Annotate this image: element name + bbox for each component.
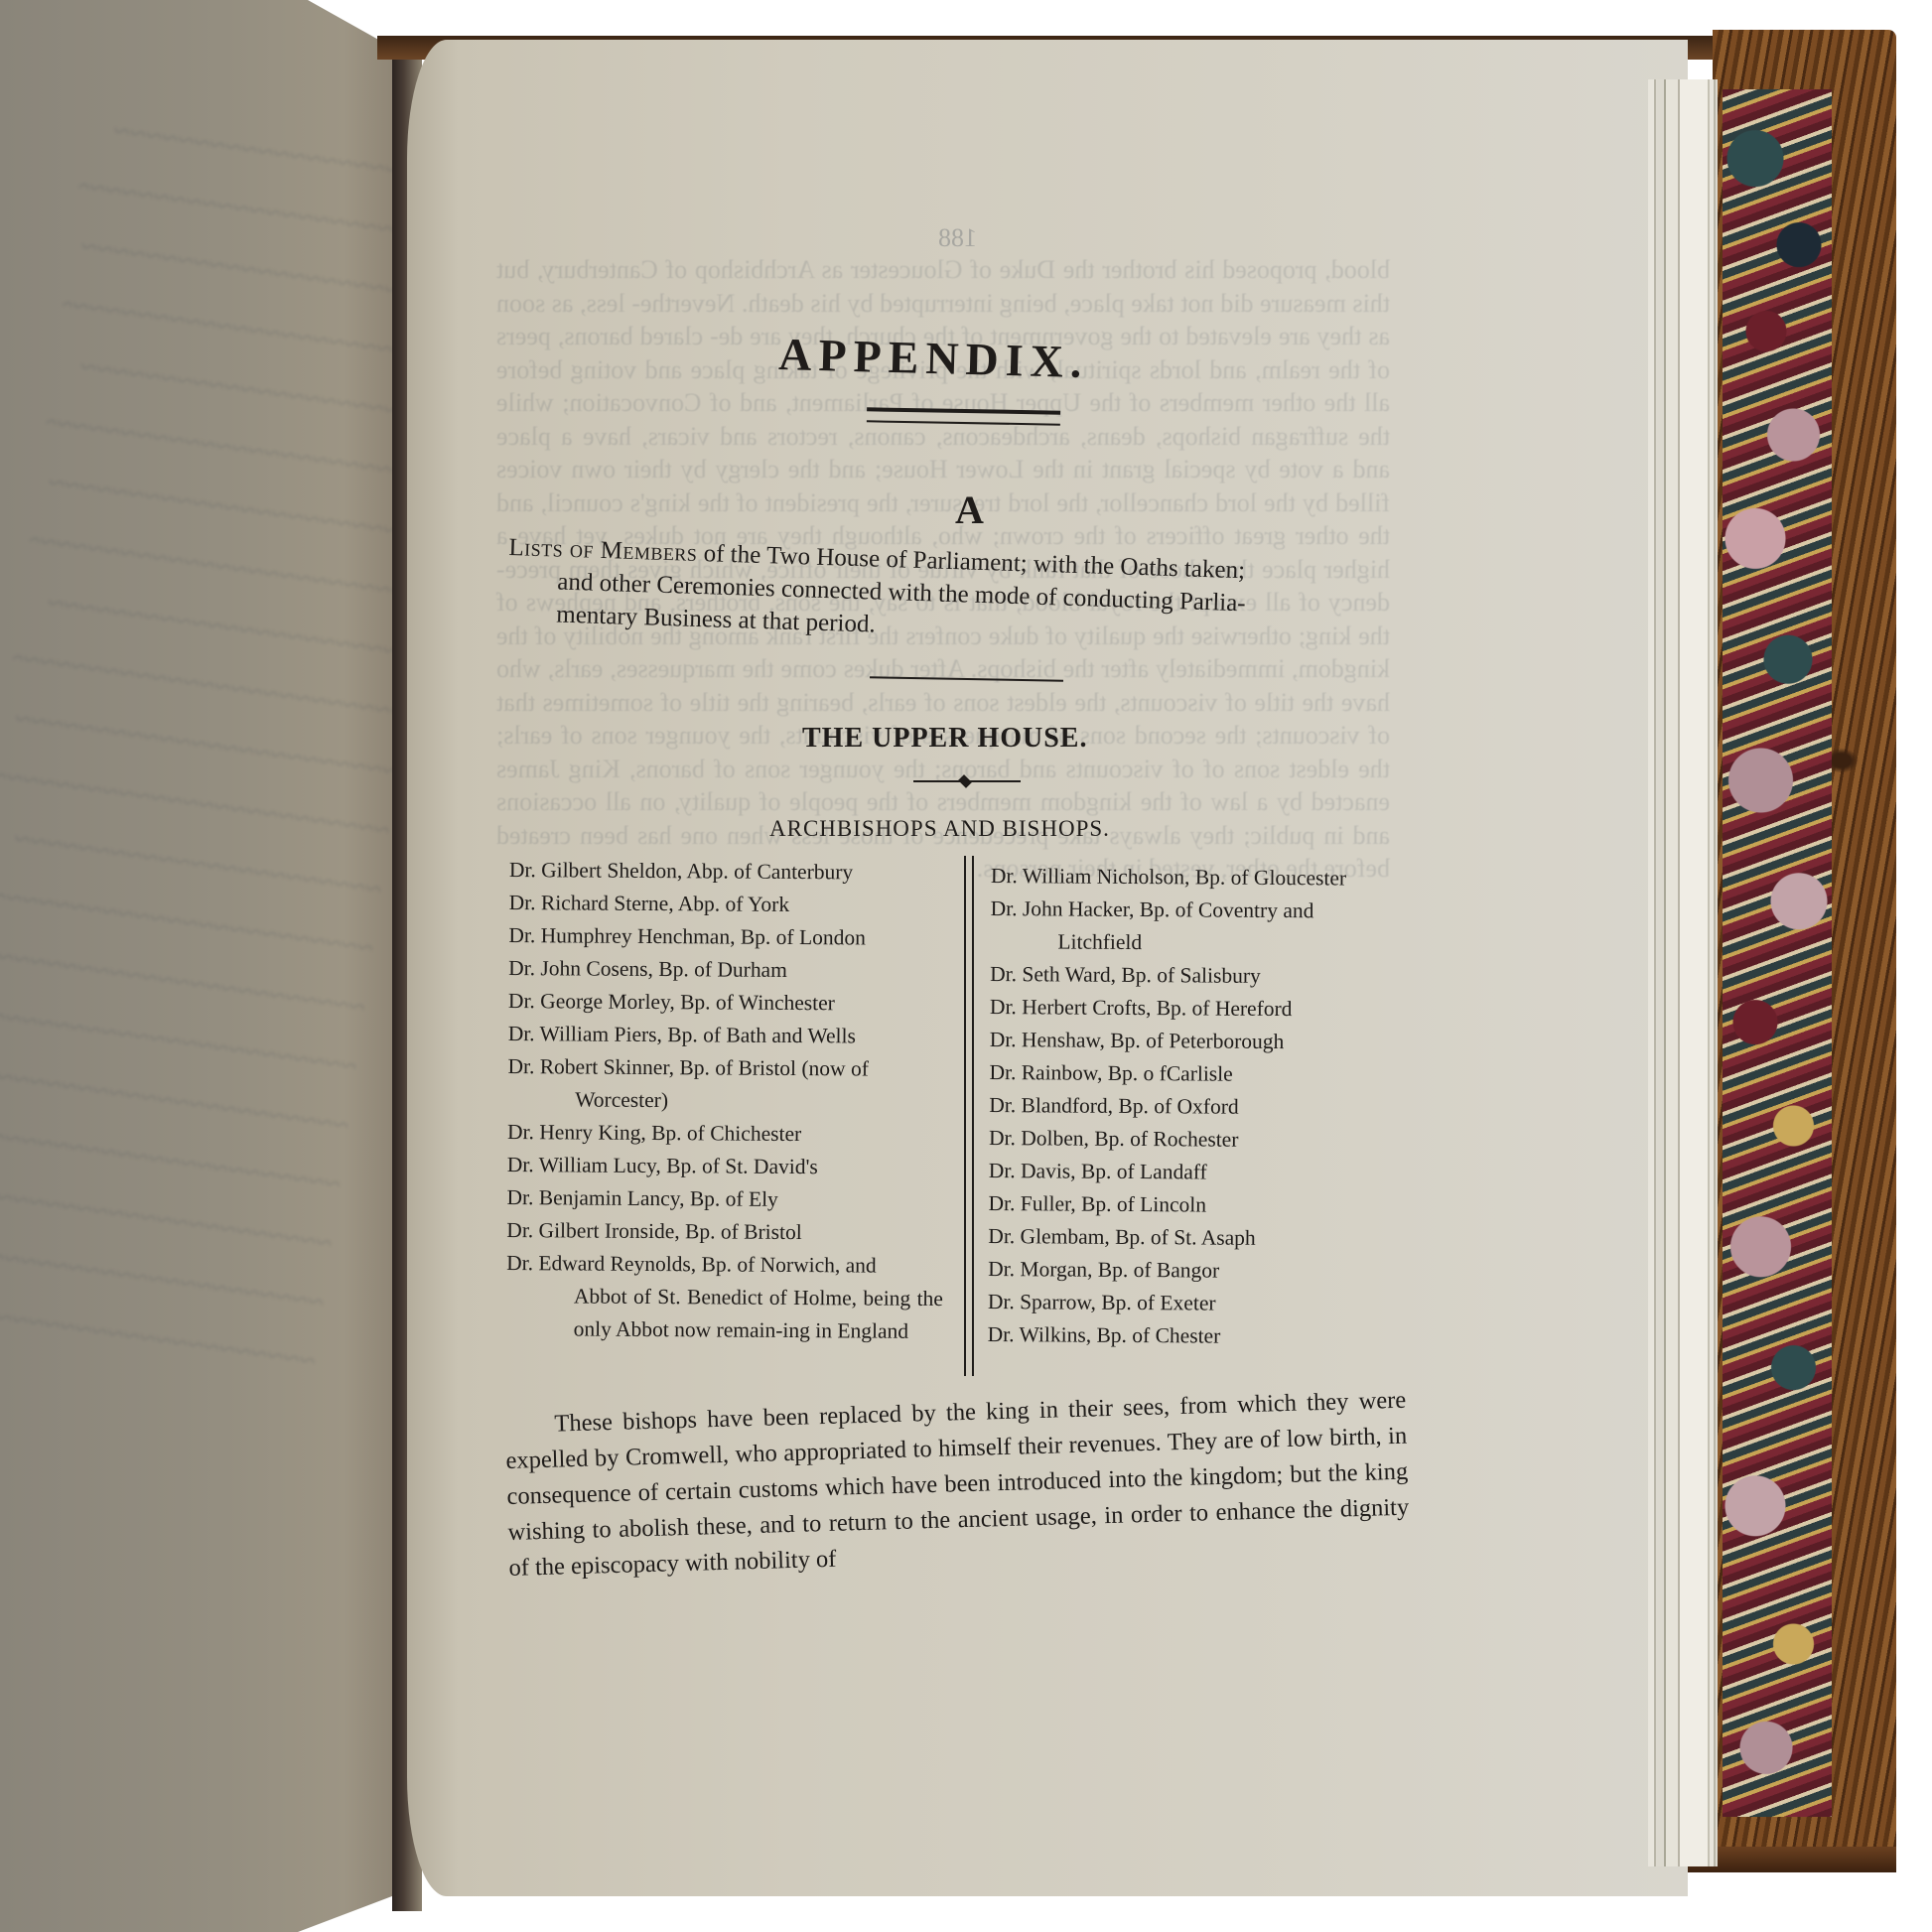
list-item-text: Dr. Edward Reynolds, Bp. of Norwich, and — [506, 1251, 877, 1278]
list-item: Dr. Gilbert Ironside, Bp. of Bristol — [506, 1214, 943, 1250]
list-item-continuation: Litchfield — [990, 925, 1407, 961]
list-item: Dr. Gilbert Sheldon, Abp. of Canterbury — [509, 854, 946, 890]
list-item: Dr. Robert Skinner, Bp. of Bristol (now … — [507, 1050, 944, 1119]
list-item: Dr. Sparrow, Bp. of Exeter — [988, 1286, 1405, 1321]
list-item-text: Dr. Gilbert Sheldon, Abp. of Canterbury — [509, 858, 854, 884]
list-item-text: Dr. Sparrow, Bp. of Exeter — [988, 1290, 1216, 1315]
list-item: Dr. Edward Reynolds, Bp. of Norwich, and… — [506, 1247, 944, 1348]
section-rule — [870, 676, 1063, 681]
list-item: Dr. Richard Sterne, Abp. of York — [509, 887, 946, 922]
archbishops-heading: ARCHBISHOPS AND BISHOPS. — [769, 816, 1110, 842]
list-item: Dr. Dolben, Bp. of Rochester — [989, 1122, 1406, 1158]
list-item-text: Dr. Gilbert Ironside, Bp. of Bristol — [506, 1218, 802, 1244]
list-item-text: Dr. Benjamin Lancy, Bp. of Ely — [507, 1185, 778, 1211]
list-item: Dr. Benjamin Lancy, Bp. of Ely — [506, 1181, 943, 1217]
list-item: Dr. Davis, Bp. of Landaff — [989, 1155, 1406, 1190]
section-letter: A — [955, 486, 984, 533]
list-item: Dr. William Nicholson, Bp. of Gloucester — [991, 860, 1408, 896]
list-item-text: Dr. Herbert Crofts, Bp. of Hereford — [990, 995, 1293, 1021]
list-item: Dr. Herbert Crofts, Bp. of Hereford — [990, 991, 1407, 1027]
list-item-text: Dr. Glembam, Bp. of St. Asaph — [988, 1224, 1256, 1250]
list-item-text: Dr. William Lucy, Bp. of St. David's — [507, 1153, 818, 1178]
body-paragraph: These bishops have been replaced by the … — [504, 1383, 1411, 1587]
list-item: Dr. Seth Ward, Bp. of Salisbury — [990, 958, 1407, 994]
upper-house-heading: THE UPPER HOUSE. — [802, 723, 1087, 755]
list-item: Dr. John Cosens, Bp. of Durham — [508, 952, 945, 988]
caption-smallcaps: Lists of Members — [508, 534, 698, 567]
list-item-text: Dr. Dolben, Bp. of Rochester — [989, 1126, 1239, 1152]
list-item: Dr. Henshaw, Bp. of Peterborough — [990, 1024, 1407, 1059]
list-item: Dr. Glembam, Bp. of St. Asaph — [988, 1220, 1405, 1256]
list-item-continuation: Abbot of St. Benedict of Holme, being th… — [506, 1280, 943, 1348]
printed-page-content: APPENDIX. A Lists of Members of the Two … — [0, 0, 1932, 1932]
list-item: Dr. George Morley, Bp. of Winchester — [508, 985, 945, 1021]
list-item-text: Dr. George Morley, Bp. of Winchester — [508, 989, 835, 1015]
list-item: Dr. William Lucy, Bp. of St. David's — [507, 1149, 944, 1184]
list-item: Dr. Fuller, Bp. of Lincoln — [988, 1187, 1405, 1223]
list-item-text: Dr. Seth Ward, Bp. of Salisbury — [990, 962, 1261, 988]
list-item-text: Dr. Rainbow, Bp. o fCarlisle — [989, 1060, 1232, 1086]
list-item: Dr. Rainbow, Bp. o fCarlisle — [989, 1056, 1406, 1092]
list-item-text: Dr. Davis, Bp. of Landaff — [989, 1159, 1207, 1184]
list-item-continuation: Worcester) — [507, 1083, 944, 1119]
list-item: Dr. Morgan, Bp. of Bangor — [988, 1253, 1405, 1289]
list-item: Dr. Blandford, Bp. of Oxford — [989, 1089, 1406, 1125]
list-item: Dr. Wilkins, Bp. of Chester — [988, 1318, 1405, 1354]
list-item: Dr. William Piers, Bp. of Bath and Wells — [508, 1018, 945, 1053]
list-item-text: Dr. Blandford, Bp. of Oxford — [989, 1093, 1239, 1119]
list-item-text: Dr. Henry King, Bp. of Chichester — [507, 1120, 801, 1146]
list-item: Dr. John Hacker, Bp. of Coventry andLitc… — [990, 893, 1407, 961]
list-item-text: Dr. Morgan, Bp. of Bangor — [988, 1257, 1219, 1283]
list-item: Dr. Henry King, Bp. of Chichester — [507, 1116, 944, 1152]
list-item-text: Dr. Henshaw, Bp. of Peterborough — [990, 1028, 1285, 1053]
section-caption: Lists of Members of the Two House of Par… — [506, 531, 1398, 657]
list-item-text: Dr. William Nicholson, Bp. of Gloucester — [991, 864, 1346, 891]
bishops-list-left: Dr. Gilbert Sheldon, Abp. of Canterbury … — [506, 854, 946, 1348]
title-double-rule — [867, 407, 1060, 425]
list-item-text: Dr. William Piers, Bp. of Bath and Wells — [508, 1022, 856, 1047]
column-divider — [964, 856, 974, 1376]
page-title: APPENDIX. — [778, 328, 1089, 388]
bishops-list-right: Dr. William Nicholson, Bp. of Gloucester… — [988, 860, 1408, 1354]
list-item-text: Dr. Fuller, Bp. of Lincoln — [989, 1191, 1207, 1217]
list-item-text: Dr. Wilkins, Bp. of Chester — [988, 1322, 1221, 1348]
list-item-text: Dr. John Cosens, Bp. of Durham — [508, 956, 787, 982]
list-item-text: Dr. Richard Sterne, Abp. of York — [509, 891, 790, 916]
list-item: Dr. Humphrey Henchman, Bp. of London — [508, 919, 945, 955]
ornamental-rule-icon — [913, 778, 1021, 784]
list-item-text: Dr. Robert Skinner, Bp. of Bristol (now … — [507, 1054, 869, 1081]
list-item-text: Dr. Humphrey Henchman, Bp. of London — [508, 923, 866, 950]
list-item-text: Dr. John Hacker, Bp. of Coventry and — [991, 897, 1314, 922]
